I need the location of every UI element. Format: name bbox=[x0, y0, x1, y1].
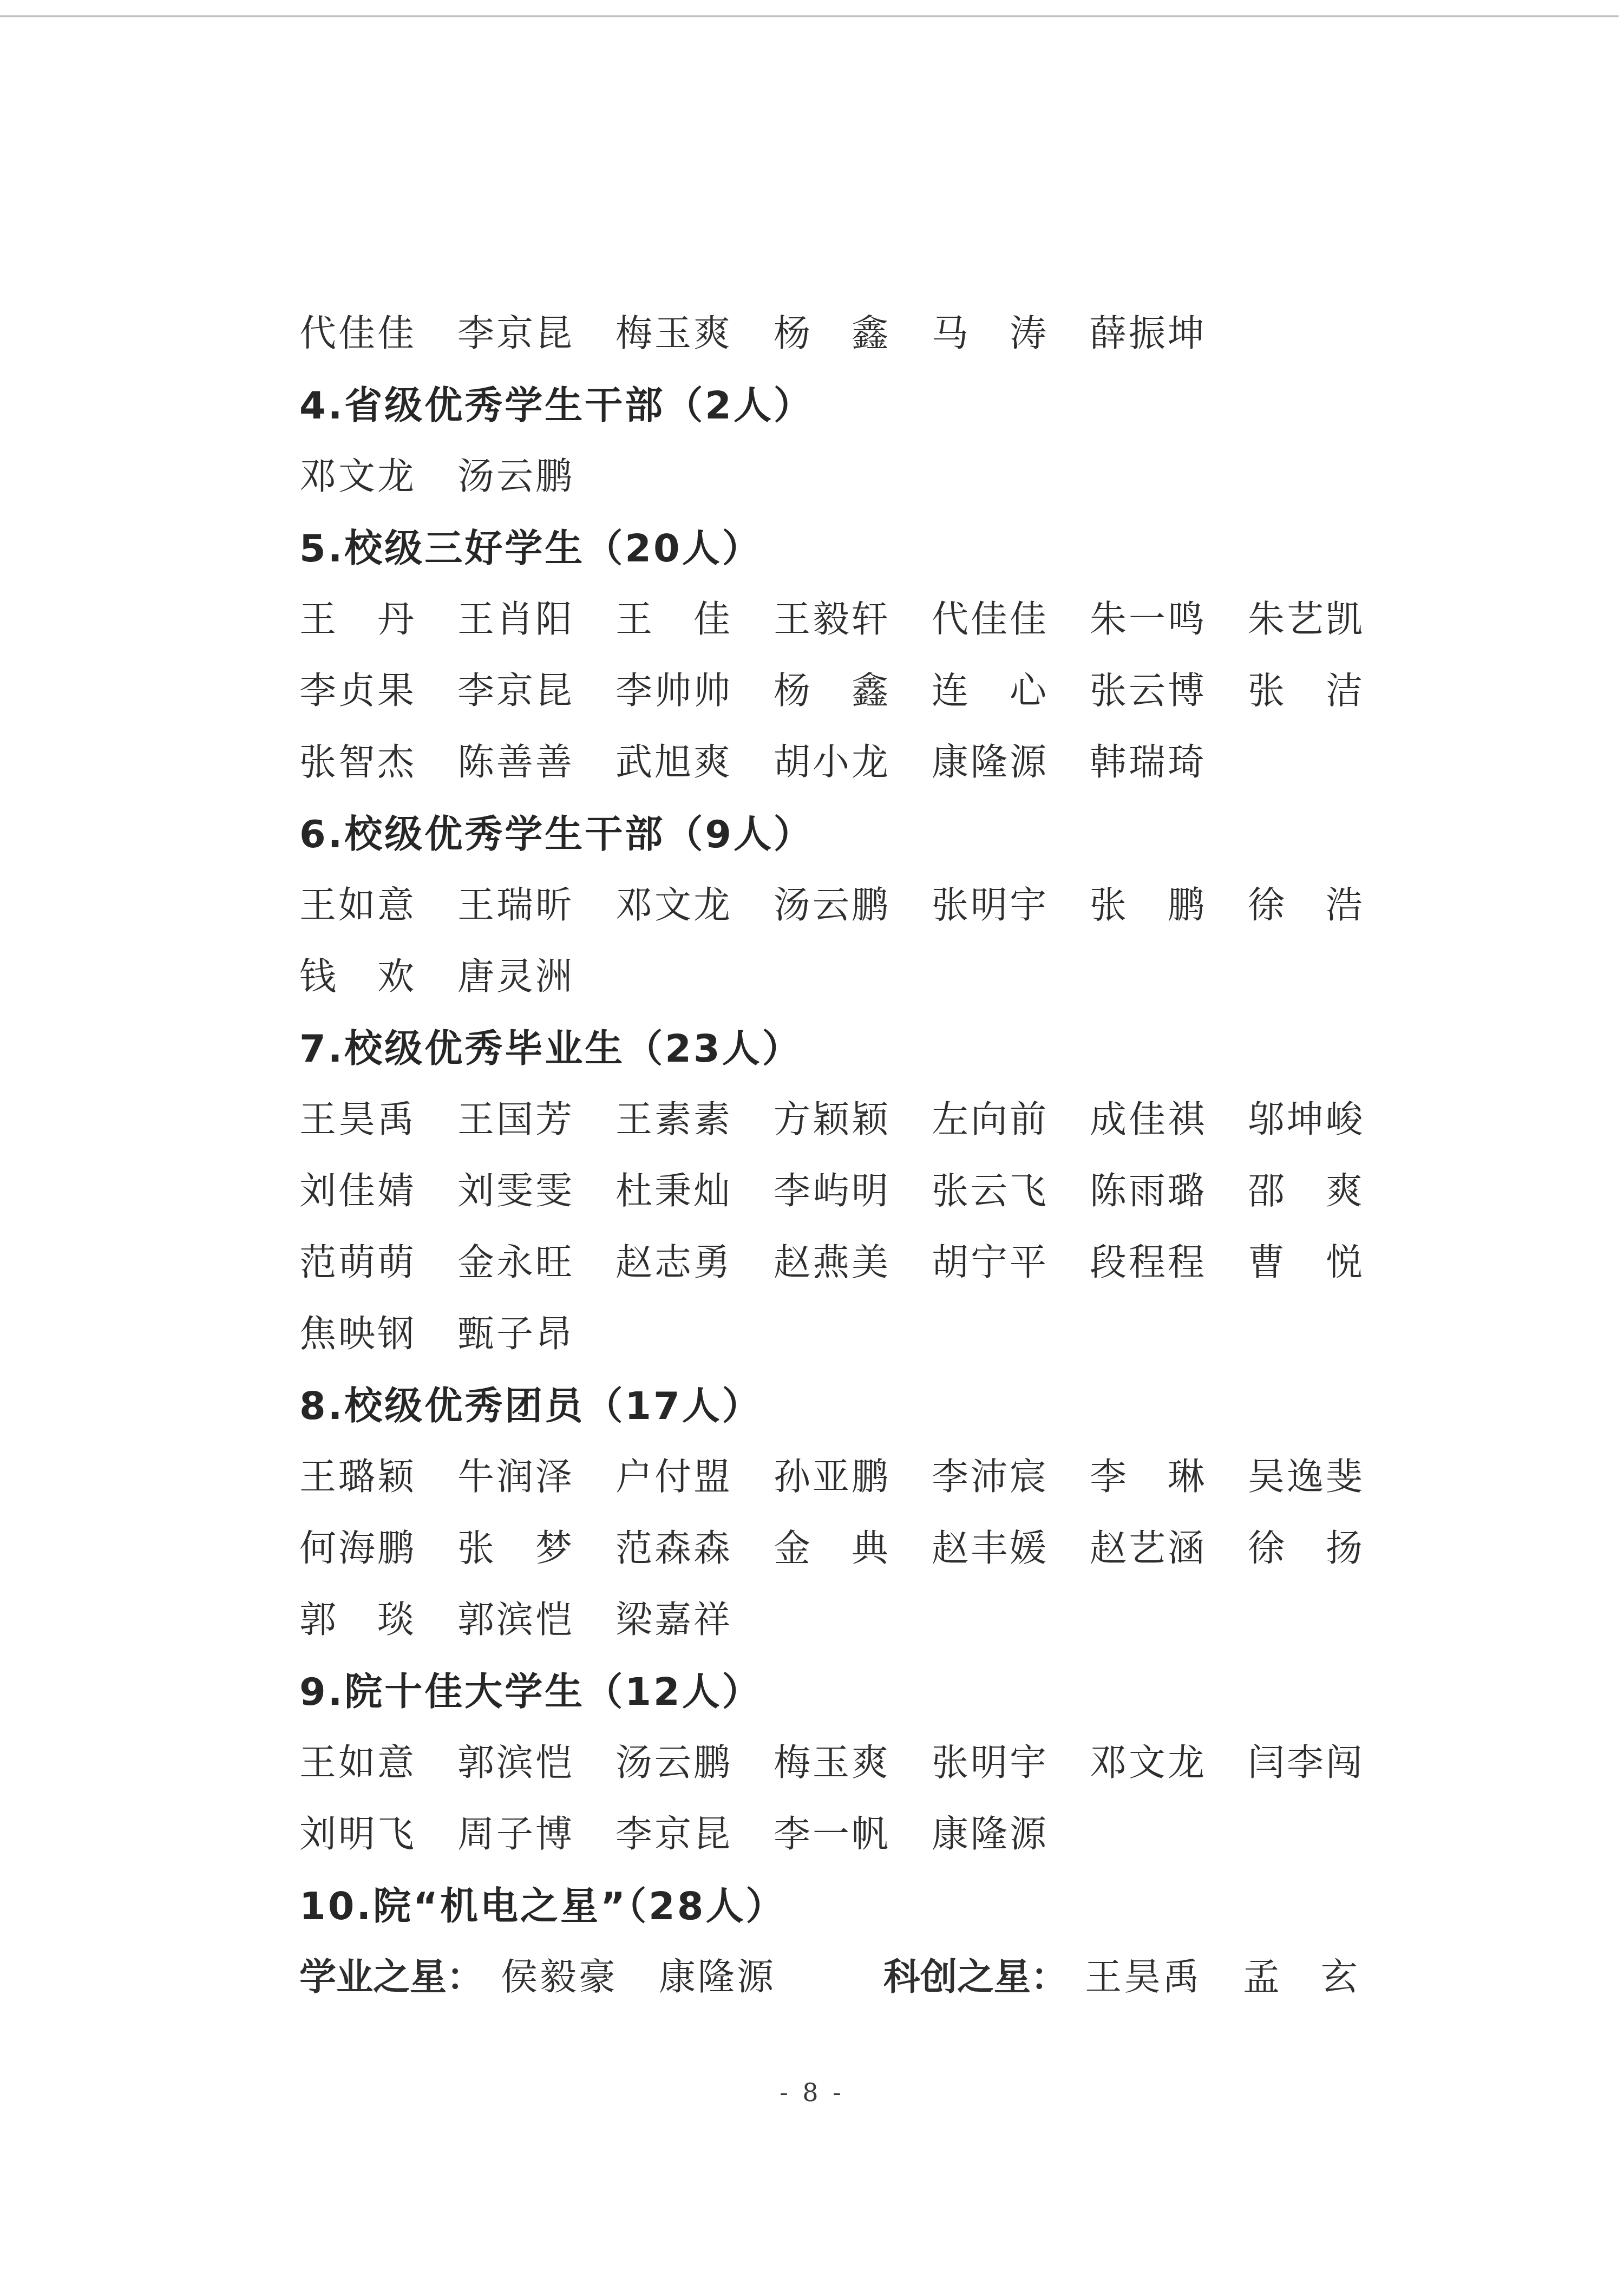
student-name: 王素素 bbox=[615, 1084, 774, 1156]
student-name: 王丹 bbox=[299, 584, 457, 656]
star-category-label: 科创之星： bbox=[883, 1956, 1068, 1999]
student-name: 闫李闯 bbox=[1248, 1728, 1406, 1799]
student-name: 张洁 bbox=[1248, 656, 1406, 727]
student-name: 邓文龙 bbox=[615, 870, 774, 941]
student-name: 曹悦 bbox=[1248, 1227, 1406, 1299]
student-name: 梅玉爽 bbox=[774, 1728, 932, 1799]
student-name: 王如意 bbox=[299, 870, 457, 941]
student-name: 邵爽 bbox=[1248, 1156, 1406, 1227]
student-name: 李屿明 bbox=[774, 1156, 932, 1227]
name-row: 何海鹏张梦范森森金典赵丰媛赵艺涵徐扬 bbox=[299, 1513, 1371, 1585]
award-section: 6.校级优秀学生干部（9人）王如意王瑞昕邓文龙汤云鹏张明宇张鹏徐浩钱欢唐灵洲 bbox=[299, 799, 1371, 1013]
award-section: 代佳佳李京昆梅玉爽杨鑫马涛薛振坤 bbox=[299, 298, 1371, 370]
student-name: 何海鹏 bbox=[299, 1513, 457, 1585]
award-section: 9.院十佳大学生（12人）王如意郭滨恺汤云鹏梅玉爽张明宇邓文龙闫李闯刘明飞周子博… bbox=[299, 1656, 1371, 1870]
student-name: 牛润泽 bbox=[457, 1442, 615, 1513]
student-name: 朱一鸣 bbox=[1090, 584, 1248, 656]
student-name: 成佳祺 bbox=[1090, 1084, 1248, 1156]
student-name: 方颖颖 bbox=[774, 1084, 932, 1156]
award-section: 4.省级优秀学生干部（2人）邓文龙汤云鹏 bbox=[299, 370, 1371, 513]
student-name: 户付盟 bbox=[615, 1442, 774, 1513]
student-name: 赵艺涵 bbox=[1090, 1513, 1248, 1585]
student-name: 薛振坤 bbox=[1090, 298, 1248, 370]
section-heading: 10.院“机电之星”（28人） bbox=[299, 1870, 1371, 1942]
student-name: 邬坤峻 bbox=[1248, 1084, 1406, 1156]
student-name: 王毅轩 bbox=[774, 584, 932, 656]
award-section: 5.校级三好学生（20人）王丹王肖阳王佳王毅轩代佳佳朱一鸣朱艺凯李贞果李京昆李帅… bbox=[299, 513, 1371, 799]
student-name: 邓文龙 bbox=[1090, 1728, 1248, 1799]
student-name: 刘明飞 bbox=[299, 1799, 457, 1870]
section-heading: 5.校级三好学生（20人） bbox=[299, 513, 1371, 584]
student-name: 张明宇 bbox=[932, 870, 1090, 941]
document-body: 代佳佳李京昆梅玉爽杨鑫马涛薛振坤4.省级优秀学生干部（2人）邓文龙汤云鹏5.校级… bbox=[299, 298, 1371, 2013]
name-row: 范萌萌金永旺赵志勇赵燕美胡宁平段程程曹悦 bbox=[299, 1227, 1371, 1299]
student-name: 杨鑫 bbox=[774, 656, 932, 727]
student-name: 吴逸斐 bbox=[1248, 1442, 1406, 1513]
name-row: 张智杰陈善善武旭爽胡小龙康隆源韩瑞琦 bbox=[299, 727, 1371, 799]
name-row: 邓文龙汤云鹏 bbox=[299, 441, 1371, 513]
scan-border-line bbox=[0, 15, 1619, 17]
award-section: 10.院“机电之星”（28人） bbox=[299, 1870, 1371, 1942]
student-name: 唐灵洲 bbox=[457, 941, 615, 1013]
student-name: 李沛宸 bbox=[932, 1442, 1090, 1513]
student-name: 李京昆 bbox=[457, 656, 615, 727]
student-name: 王昊禹 bbox=[1085, 1942, 1243, 2013]
student-name: 范森森 bbox=[615, 1513, 774, 1585]
student-name: 王璐颖 bbox=[299, 1442, 457, 1513]
student-name: 汤云鹏 bbox=[774, 870, 932, 941]
student-name: 李京昆 bbox=[615, 1799, 774, 1870]
name-row: 刘明飞周子博李京昆李一帆康隆源 bbox=[299, 1799, 1371, 1870]
student-name: 李帅帅 bbox=[615, 656, 774, 727]
student-name: 马涛 bbox=[932, 298, 1090, 370]
student-name: 王瑞昕 bbox=[457, 870, 615, 941]
student-name: 连心 bbox=[932, 656, 1090, 727]
name-row: 刘佳婧刘雯雯杜秉灿李屿明张云飞陈雨璐邵爽 bbox=[299, 1156, 1371, 1227]
student-name: 金典 bbox=[774, 1513, 932, 1585]
student-name: 张云飞 bbox=[932, 1156, 1090, 1227]
name-row: 钱欢唐灵洲 bbox=[299, 941, 1371, 1013]
page-number: - 8 - bbox=[0, 2078, 1624, 2107]
student-name: 郭琰 bbox=[299, 1585, 457, 1656]
student-name: 段程程 bbox=[1090, 1227, 1248, 1299]
student-name: 康隆源 bbox=[659, 1942, 817, 2013]
student-name: 甄子昂 bbox=[457, 1299, 615, 1370]
student-name: 张鹏 bbox=[1090, 870, 1248, 941]
student-name: 杜秉灿 bbox=[615, 1156, 774, 1227]
student-name: 金永旺 bbox=[457, 1227, 615, 1299]
student-name: 徐浩 bbox=[1248, 870, 1406, 941]
student-name: 李京昆 bbox=[457, 298, 615, 370]
student-name: 胡小龙 bbox=[774, 727, 932, 799]
student-name: 汤云鹏 bbox=[457, 441, 615, 513]
student-name: 李一帆 bbox=[774, 1799, 932, 1870]
student-name: 陈雨璐 bbox=[1090, 1156, 1248, 1227]
student-name: 邓文龙 bbox=[299, 441, 457, 513]
student-name: 刘佳婧 bbox=[299, 1156, 457, 1227]
student-name: 梅玉爽 bbox=[615, 298, 774, 370]
section-heading: 6.校级优秀学生干部（9人） bbox=[299, 799, 1371, 870]
star-category-academic: 学业之星：侯毅豪康隆源 bbox=[299, 1942, 817, 2013]
student-name: 张明宇 bbox=[932, 1728, 1090, 1799]
student-name: 康隆源 bbox=[932, 727, 1090, 799]
student-name: 王肖阳 bbox=[457, 584, 615, 656]
student-name: 梁嘉祥 bbox=[615, 1585, 774, 1656]
student-name: 李琳 bbox=[1090, 1442, 1248, 1513]
name-row: 代佳佳李京昆梅玉爽杨鑫马涛薛振坤 bbox=[299, 298, 1371, 370]
student-name: 韩瑞琦 bbox=[1090, 727, 1248, 799]
student-name: 孙亚鹏 bbox=[774, 1442, 932, 1513]
student-name: 赵志勇 bbox=[615, 1227, 774, 1299]
student-name: 刘雯雯 bbox=[457, 1156, 615, 1227]
student-name: 钱欢 bbox=[299, 941, 457, 1013]
stars-row: 学业之星：侯毅豪康隆源科创之星：王昊禹孟玄 bbox=[299, 1942, 1371, 2013]
student-name: 张云博 bbox=[1090, 656, 1248, 727]
name-row: 王如意郭滨恺汤云鹏梅玉爽张明宇邓文龙闫李闯 bbox=[299, 1728, 1371, 1799]
star-category-innovation: 科创之星：王昊禹孟玄 bbox=[883, 1942, 1401, 2013]
student-name: 王昊禹 bbox=[299, 1084, 457, 1156]
student-name: 郭滨恺 bbox=[457, 1728, 615, 1799]
section-heading: 7.校级优秀毕业生（23人） bbox=[299, 1013, 1371, 1084]
name-row: 王如意王瑞昕邓文龙汤云鹏张明宇张鹏徐浩 bbox=[299, 870, 1371, 941]
student-name: 范萌萌 bbox=[299, 1227, 457, 1299]
section-heading: 8.校级优秀团员（17人） bbox=[299, 1370, 1371, 1442]
student-name: 徐扬 bbox=[1248, 1513, 1406, 1585]
student-name: 汤云鹏 bbox=[615, 1728, 774, 1799]
student-name: 杨鑫 bbox=[774, 298, 932, 370]
name-row: 王昊禹王国芳王素素方颖颖左向前成佳祺邬坤峻 bbox=[299, 1084, 1371, 1156]
student-name: 郭滨恺 bbox=[457, 1585, 615, 1656]
name-row: 王璐颖牛润泽户付盟孙亚鹏李沛宸李琳吴逸斐 bbox=[299, 1442, 1371, 1513]
student-name: 赵燕美 bbox=[774, 1227, 932, 1299]
student-name: 李贞果 bbox=[299, 656, 457, 727]
student-name: 代佳佳 bbox=[299, 298, 457, 370]
student-name: 康隆源 bbox=[932, 1799, 1090, 1870]
award-section: 8.校级优秀团员（17人）王璐颖牛润泽户付盟孙亚鹏李沛宸李琳吴逸斐何海鹏张梦范森… bbox=[299, 1370, 1371, 1656]
student-name: 左向前 bbox=[932, 1084, 1090, 1156]
student-name: 焦映钢 bbox=[299, 1299, 457, 1370]
section-heading: 4.省级优秀学生干部（2人） bbox=[299, 370, 1371, 441]
section-heading: 9.院十佳大学生（12人） bbox=[299, 1656, 1371, 1728]
name-row: 郭琰郭滨恺梁嘉祥 bbox=[299, 1585, 1371, 1656]
student-name: 朱艺凯 bbox=[1248, 584, 1406, 656]
student-name: 王如意 bbox=[299, 1728, 457, 1799]
student-name: 张智杰 bbox=[299, 727, 457, 799]
name-row: 李贞果李京昆李帅帅杨鑫连心张云博张洁 bbox=[299, 656, 1371, 727]
name-row: 焦映钢甄子昂 bbox=[299, 1299, 1371, 1370]
student-name: 侯毅豪 bbox=[501, 1942, 659, 2013]
student-name: 武旭爽 bbox=[615, 727, 774, 799]
award-section: 7.校级优秀毕业生（23人）王昊禹王国芳王素素方颖颖左向前成佳祺邬坤峻刘佳婧刘雯… bbox=[299, 1013, 1371, 1370]
name-row: 王丹王肖阳王佳王毅轩代佳佳朱一鸣朱艺凯 bbox=[299, 584, 1371, 656]
student-name: 孟玄 bbox=[1243, 1942, 1401, 2013]
student-name: 王佳 bbox=[615, 584, 774, 656]
student-name: 张梦 bbox=[457, 1513, 615, 1585]
student-name: 赵丰媛 bbox=[932, 1513, 1090, 1585]
student-name: 陈善善 bbox=[457, 727, 615, 799]
student-name: 代佳佳 bbox=[932, 584, 1090, 656]
student-name: 胡宁平 bbox=[932, 1227, 1090, 1299]
student-name: 王国芳 bbox=[457, 1084, 615, 1156]
star-category-label: 学业之星： bbox=[299, 1956, 483, 1999]
student-name: 周子博 bbox=[457, 1799, 615, 1870]
